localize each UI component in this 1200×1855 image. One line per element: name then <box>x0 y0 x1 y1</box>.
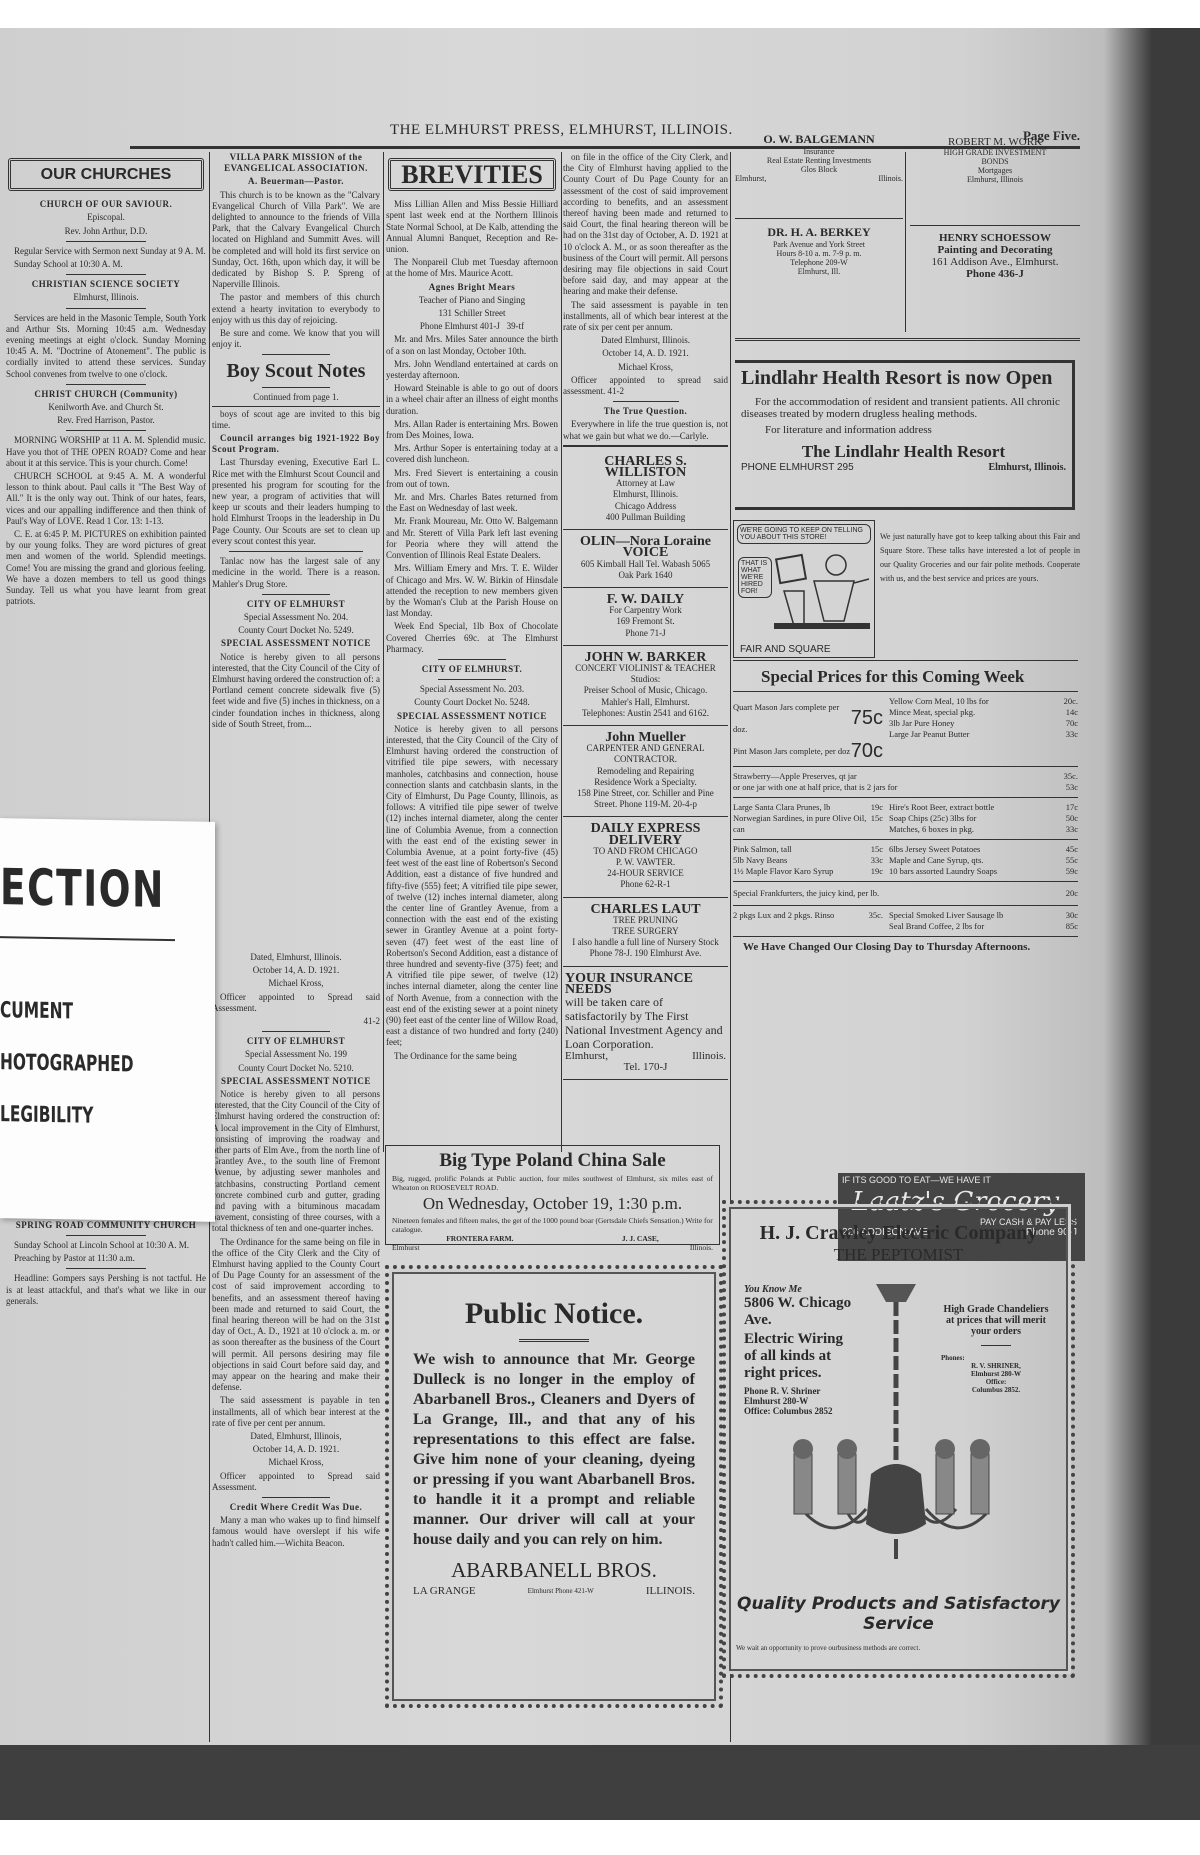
special-prices: Special Prices for this Coming Week Quar… <box>733 660 1078 953</box>
divider <box>262 1031 329 1032</box>
column-mission-scouts: VILLA PARK MISSION of the EVANGELICAL AS… <box>212 152 380 1551</box>
price-item: Quart Mason Jars complete per doz. <box>733 696 851 740</box>
ad-line: P. W. VAWTER. <box>565 857 726 868</box>
price-item: Special Smoked Liver Sausage lb <box>889 910 1003 921</box>
cartoon-speech-top: WE'RE GOING TO KEEP ON TELLING YOU ABOUT… <box>737 524 871 544</box>
divider <box>438 659 507 660</box>
ad-name: John Mueller <box>565 732 726 743</box>
crawley-footer: We wait an opportunity to prove ourbusin… <box>736 1644 1061 1652</box>
divider <box>613 401 679 402</box>
price-value: 17c <box>1066 802 1078 813</box>
lindlahr-phone: PHONE ELMHURST 295 <box>741 462 854 473</box>
notice-code: 41-2 <box>212 1016 380 1027</box>
notice-body: The Ordinance for the same being on file… <box>212 1237 380 1394</box>
public-notice-body: We wish to announce that Mr. George Dull… <box>389 1350 719 1550</box>
price-value: 50c <box>1066 813 1078 824</box>
ad-line: Phone 78-J. 190 Elmhurst Ave. <box>565 948 726 959</box>
price-item: Mince Meat, special pkg. <box>889 707 975 718</box>
specials-group: 2 pkgs Lux and 2 pkgs. Rinso35c. Special… <box>733 906 1078 936</box>
notice-officer: Michael Kross, <box>212 978 380 989</box>
price-row: Mince Meat, special pkg.14c <box>889 707 1078 718</box>
ad-line: 161 Addison Ave., Elmhurst. <box>910 256 1080 268</box>
notice-officer: Michael Kross, <box>212 1457 380 1468</box>
price-item: 5lb Navy Beans <box>733 855 787 866</box>
price-row: Quart Mason Jars complete per doz.75c <box>733 696 883 740</box>
notice-role: Officer appointed to Spread said Assessm… <box>212 992 380 1014</box>
poland-body: Big, rugged, prolific Polands at Public … <box>392 1174 713 1192</box>
ad-line: I also handle a full line of Nursery Sto… <box>565 937 726 948</box>
notice-code: 41-2 <box>608 386 625 396</box>
ad-line: TO AND FROM CHICAGO <box>565 846 726 857</box>
price-row: Norwegian Sardines, in pure Olive Oil, c… <box>733 813 883 835</box>
ad-line: Chicago Address <box>565 501 726 512</box>
agnes-code: 39-tf <box>507 321 525 331</box>
ad-line: Elmhurst, <box>735 174 766 183</box>
overlay-gap <box>6 610 206 850</box>
column-divider <box>383 152 384 1152</box>
notice-city: CITY OF ELMHURST. <box>386 664 558 675</box>
divider <box>66 274 146 275</box>
ad-line: Residence Work a Specialty. <box>565 777 726 788</box>
price-value: 75c <box>851 707 883 729</box>
church-sub: Elmhurst, Illinois. <box>6 292 206 303</box>
scout-notes-title: Boy Scout Notes <box>212 359 380 383</box>
insurance-tel: Tel. 170-J <box>565 1062 726 1073</box>
price-row: Large Jar Peanut Butter33c <box>889 729 1078 740</box>
insurance-city: Elmhurst, <box>565 1051 608 1062</box>
public-notice-city: LA GRANGE <box>413 1585 476 1597</box>
public-notice-firm: ABARBANELL BROS. <box>389 1558 719 1583</box>
overlay-line: HOTOGRAPHED <box>0 1050 133 1077</box>
ad-name: F. W. DAILY <box>565 594 726 605</box>
price-row: Pink Salmon, tall15c <box>733 844 883 855</box>
brevity-item: Mr. and Mrs. Miles Sater announce the bi… <box>386 334 558 356</box>
ad-line: Painting and Decorating <box>910 244 1080 256</box>
brevity-item: Miss Lillian Allen and Miss Bessie Hilli… <box>386 199 558 255</box>
ad-line: Phone 71-J <box>565 628 726 639</box>
agnes-name: Agnes Bright Mears <box>386 282 558 293</box>
ad-name: CHARLES LAUT <box>565 904 726 915</box>
overlay-line: LEGIBILITY <box>0 1102 93 1129</box>
ad-line: Hours 8-10 a. m. 7-9 p. m. <box>735 249 903 258</box>
ad-line: CONCERT VIOLINIST & TEACHER <box>565 663 726 674</box>
price-row: Soap Chips (25c) 3lbs for50c <box>889 813 1078 824</box>
price-value: 19c <box>871 866 883 877</box>
cartoon-label: FAIR AND SQUARE <box>740 644 831 655</box>
lindlahr-title: Lindlahr Health Resort is now Open <box>741 367 1066 390</box>
group3-right: 6lbs Jersey Sweet Potatoes45cMaple and C… <box>889 844 1078 877</box>
mission-name: VILLA PARK MISSION of the EVANGELICAL AS… <box>212 152 380 174</box>
specials-title: Special Prices for this Coming Week <box>733 661 1078 691</box>
notice-city: CITY OF ELMHURST <box>212 599 380 610</box>
credit-title: Credit Where Credit Was Due. <box>212 1502 380 1513</box>
poland-farm: FRONTERA FARM. <box>446 1234 513 1243</box>
classified-ad: DAILY EXPRESS DELIVERYTO AND FROM CHICAG… <box>563 817 728 897</box>
public-notice-phone: Elmhurst Phone 421-W <box>528 1587 594 1595</box>
classified-ad: CHARLES LAUTTREE PRUNINGTREE SURGERYI al… <box>563 898 728 967</box>
headline-quip: Headline: Gompers says Pershing is not t… <box>6 1273 206 1307</box>
church-name: CHURCH OF OUR SAVIOUR. <box>6 199 206 210</box>
ad-line: 605 Kimball Hall Tel. Wabash 5065 <box>565 559 726 570</box>
fair-square-cartoon: WE'RE GOING TO KEEP ON TELLING YOU ABOUT… <box>733 520 875 658</box>
church-pastor: Rev. John Arthur, D.D. <box>6 226 206 237</box>
price-item: Special Frankfurters, the juicy kind, pe… <box>733 888 879 899</box>
church-name: SPRING ROAD COMMUNITY CHURCH <box>6 1220 206 1231</box>
price-row: 5lb Navy Beans33c <box>733 855 883 866</box>
price-item: 10 bars assorted Laundry Soaps <box>889 866 997 877</box>
brevity-item: Mrs. Allan Rader is entertaining Mrs. Bo… <box>386 419 558 441</box>
public-notice-state: ILLINOIS. <box>646 1585 695 1597</box>
ad-public-notice: Public Notice. We wish to announce that … <box>385 1265 723 1708</box>
ad-balgemann: O. W. BALGEMANN Insurance Real Estate Re… <box>735 132 903 183</box>
price-item: 3lb Jar Pure Honey <box>889 718 954 729</box>
price-item: 1½ Maple Flavor Karo Syrup <box>733 866 833 877</box>
price-row: Strawberry—Apple Preserves, qt jar35c. <box>733 771 1078 782</box>
notice-body: The said assessment is payable in ten in… <box>563 300 728 334</box>
ad-line: Telephones: Austin 2541 and 6162. <box>565 708 726 719</box>
poland-body: Nineteen females and fifteen males, the … <box>392 1216 713 1234</box>
lindlahr-body: For the accommodation of resident and tr… <box>741 396 1066 420</box>
insurance-title: YOUR INSURANCE NEEDS <box>565 973 726 995</box>
notice-body: The Ordinance for the same being <box>386 1051 558 1062</box>
classified-ads: CHARLES S. WILLISTONAttorney at LawElmhu… <box>563 450 728 967</box>
mission-body: The pastor and members of this church ex… <box>212 292 380 326</box>
divider <box>66 1268 146 1269</box>
classified-ad: CHARLES S. WILLISTONAttorney at LawElmhu… <box>563 450 728 530</box>
church-body: CHURCH SCHOOL at 9:45 A. M. A wonderful … <box>6 471 206 527</box>
divider <box>563 445 728 447</box>
price-value: 35c. <box>1064 771 1078 782</box>
ad-line: 24-HOUR SERVICE <box>565 868 726 879</box>
ad-poland-china-sale: Big Type Poland China Sale Big, rugged, … <box>385 1145 720 1245</box>
ad-line: Elmhurst, Illinois <box>910 175 1080 184</box>
masthead-title: THE ELMHURST PRESS, ELMHURST, ILLINOIS. <box>390 122 733 139</box>
divider <box>229 551 363 552</box>
ad-line: Telephone 209-W <box>735 258 903 267</box>
divider <box>212 406 380 407</box>
notice-dated: Dated Elmhurst, Illinois. <box>563 335 728 346</box>
ad-line: Elmhurst, Illinois. <box>565 489 726 500</box>
church-line: Sunday School at 10:30 A. M. <box>6 259 206 270</box>
price-row: or one jar with one at half price, that … <box>733 782 1078 793</box>
fair-square-body: We just naturally have got to keep talki… <box>880 532 1080 583</box>
notice-heading: SPECIAL ASSESSMENT NOTICE <box>212 1076 380 1087</box>
ad-name: JOHN W. BARKER <box>565 652 726 663</box>
section-header-our-churches: OUR CHURCHES <box>8 158 204 191</box>
ad-crawley-electric: H. J. Crawley Electric Company THE PEPTO… <box>722 1200 1075 1678</box>
continued-note: Continued from page 1. <box>212 392 380 403</box>
ad-name: CHARLES S. WILLISTON <box>565 456 726 478</box>
cartoon-speech-left: THAT IS WHAT WE'RE HIRED FOR! <box>738 557 772 598</box>
divider <box>66 384 146 385</box>
price-value: 53c <box>1066 782 1078 793</box>
lindlahr-name: The Lindlahr Health Resort <box>741 442 1066 462</box>
ad-line: BONDS <box>910 157 1080 166</box>
price-value: 14c <box>1066 707 1078 718</box>
church-line: Regular Service with Sermon next Sunday … <box>6 246 206 257</box>
notice-body: Notice is hereby given to all persons in… <box>212 652 380 730</box>
price-item: Pink Salmon, tall <box>733 844 792 855</box>
price-item: Maple and Cane Syrup, qts. <box>889 855 983 866</box>
page-margin <box>0 1820 1200 1855</box>
agnes-phone: Phone Elmhurst 401-J <box>420 321 500 331</box>
brevity-item: Mrs. Fred Sievert is entertaining a cous… <box>386 468 558 490</box>
specials-group: Large Santa Clara Prunes, lb19cNorwegian… <box>733 798 1078 839</box>
notice-date: October 14, A. D. 1921. <box>212 965 380 976</box>
price-item: Matches, 6 boxes in pkg. <box>889 824 974 835</box>
price-row: Maple and Cane Syrup, qts.55c <box>889 855 1078 866</box>
grocer-figure-icon <box>774 551 870 631</box>
ad-work: ROBERT M. WORK HIGH GRADE INVESTMENT BON… <box>910 136 1080 184</box>
price-row: 6lbs Jersey Sweet Potatoes45c <box>889 844 1078 855</box>
ad-name: OLIN—Nora Loraine VOICE <box>565 536 726 558</box>
ad-line: Glos Block <box>735 165 903 174</box>
price-item: Hire's Root Beer, extract bottle <box>889 802 994 813</box>
notice-body: Notice is hereby given to all persons in… <box>386 724 558 1049</box>
fair-square-text: We just naturally have got to keep talki… <box>880 530 1080 586</box>
church-body: Services are held in the Masonic Temple,… <box>6 313 206 380</box>
divider <box>262 354 329 355</box>
frankfurters-row: Special Frankfurters, the juicy kind, pe… <box>733 882 1078 905</box>
column-divider <box>561 152 562 1152</box>
ad-line: Elmhurst, Ill. <box>735 267 903 276</box>
price-value: 15c <box>871 844 883 855</box>
quote-body: Everywhere in life the true question is,… <box>563 419 728 441</box>
mission-body: This church is to be known as the "Calva… <box>212 190 380 291</box>
divider <box>262 1497 329 1498</box>
brevity-item: Howard Steinable is able to go out of do… <box>386 383 558 417</box>
group1-list: Yellow Corn Meal, 10 lbs for20c.Mince Me… <box>889 696 1078 762</box>
price-value: 20c <box>1066 888 1078 899</box>
ad-name: HENRY SCHOESSOW <box>910 232 1080 244</box>
price-item: Large Santa Clara Prunes, lb <box>733 802 830 813</box>
closing-day-notice: We Have Changed Our Closing Day to Thurs… <box>733 937 1078 953</box>
overlay-heading: ECTION <box>0 858 165 919</box>
ad-line: 169 Fremont St. <box>565 616 726 627</box>
agnes-role: Teacher of Piano and Singing <box>386 295 558 306</box>
price-value: 33c <box>1066 824 1078 835</box>
divider <box>735 338 1080 341</box>
divider <box>66 1235 146 1236</box>
notice-assessment: Special Assessment No. 203. <box>386 684 558 695</box>
poland-date: On Wednesday, October 19, 1:30 p.m. <box>392 1194 713 1214</box>
ad-line: Phone 436-J <box>910 268 1080 280</box>
ad-line: 400 Pullman Building <box>565 512 726 523</box>
ad-line: Park Avenue and York Street <box>735 240 903 249</box>
ad-line: TREE PRUNING <box>565 915 726 926</box>
price-value: 85c <box>1066 921 1078 932</box>
crawley-subtitle: THE PEPTOMIST <box>726 1245 1071 1265</box>
insurance-state: Illinois. <box>692 1051 726 1062</box>
ad-line: Oak Park 1640 <box>565 570 726 581</box>
agnes-address: 131 Schiller Street <box>386 308 558 319</box>
brevity-item: Mr. and Mrs. Charles Bates returned from… <box>386 492 558 514</box>
price-row: Large Santa Clara Prunes, lb19c <box>733 802 883 813</box>
price-row: 1½ Maple Flavor Karo Syrup19c <box>733 866 883 877</box>
notice-role: Officer appointed to spread said assessm… <box>563 375 728 396</box>
ad-name: DAILY EXPRESS DELIVERY <box>565 823 726 845</box>
group2-right: Hire's Root Beer, extract bottle17cSoap … <box>889 802 1078 835</box>
notice-docket: County Court Docket No. 5210. <box>212 1063 380 1074</box>
brevity-item: Mrs. William Emery and Mrs. T. E. Wilder… <box>386 563 558 619</box>
poland-owner: J. J. CASE, <box>622 1234 659 1243</box>
price-value: 59c <box>1066 866 1078 877</box>
notice-officer: Michael Kross, <box>563 362 728 373</box>
notice-continued <box>212 732 380 952</box>
price-value: 33c <box>1066 729 1078 740</box>
ad-line: Preiser School of Music, Chicago. <box>565 685 726 696</box>
brevity-item: Mrs. Arthur Soper is entertaining today … <box>386 443 558 465</box>
group2-left: Large Santa Clara Prunes, lb19cNorwegian… <box>733 802 883 835</box>
laatz-tagline: IF ITS GOOD TO EAT—WE HAVE IT <box>838 1173 1085 1187</box>
divider <box>519 1339 589 1342</box>
church-body: C. E. at 6:45 P. M. PICTURES on exhibiti… <box>6 529 206 607</box>
brevity-item: Week End Special, 1lb Box of Chocolate C… <box>386 621 558 655</box>
mission-pastor: A. Beuerman—Pastor. <box>212 176 380 187</box>
tanlac-notice: Tanlac now has the largest sale of any m… <box>212 556 380 590</box>
section-header-brevities: BREVITIES <box>388 158 556 191</box>
price-item: Yellow Corn Meal, 10 lbs for <box>889 696 989 707</box>
price-row: 10 bars assorted Laundry Soaps59c <box>889 866 1078 877</box>
group4-right: Special Smoked Liver Sausage lb30cSeal B… <box>889 910 1078 932</box>
price-value: 20c. <box>1064 696 1078 707</box>
crawley-slogan: Quality Products and Satisfactory Servic… <box>726 1594 1071 1634</box>
poland-state: Illinois. <box>690 1243 713 1252</box>
notice-role: Officer appointed to Spread said Assessm… <box>212 1471 380 1493</box>
church-name: CHRIST CHURCH (Community) <box>6 389 206 400</box>
ad-line: TREE SURGERY <box>565 926 726 937</box>
ad-line: Studios: <box>565 674 726 685</box>
ad-line: Mortgages <box>910 166 1080 175</box>
price-item: or one jar with one at half price, that … <box>733 782 898 793</box>
brevity-item: Mr. Frank Moureau, Mr. Otto W. Balgemann… <box>386 516 558 561</box>
notice-dated: Dated, Elmhurst, Illinois, <box>212 1431 380 1442</box>
price-row: Pint Mason Jars complete, per doz70c <box>733 740 883 762</box>
newspaper-page: THE ELMHURST PRESS, ELMHURST, ILLINOIS. … <box>0 100 1100 1750</box>
ad-line: Illinois. <box>878 174 903 183</box>
price-row: Matches, 6 boxes in pkg.33c <box>889 824 1078 835</box>
notice-heading: SPECIAL ASSESSMENT NOTICE <box>386 711 558 722</box>
group3-left: Pink Salmon, tall15c5lb Navy Beans33c1½ … <box>733 844 883 877</box>
church-line: Preaching by Pastor at 11:30 a.m. <box>6 1253 206 1264</box>
price-row: Seal Brand Coffee, 2 lbs for85c <box>889 921 1078 932</box>
chandelier-icon <box>766 1284 1026 1584</box>
divider <box>66 430 146 431</box>
price-value: 19c <box>871 802 883 813</box>
specials-group: Quart Mason Jars complete per doz.75cPin… <box>733 692 1078 766</box>
microfilm-notice-overlay: ECTION CUMENT HOTOGRAPHED LEGIBILITY <box>0 818 215 1222</box>
notice-docket: County Court Docket No. 5249. <box>212 625 380 636</box>
preserves-list: Strawberry—Apple Preserves, qt jar35c.or… <box>733 767 1078 797</box>
price-value: 45c <box>1066 844 1078 855</box>
ad-line: CARPENTER AND GENERAL CONTRACTOR. <box>565 743 726 765</box>
ad-line: Phone 62-R-1 <box>565 879 726 890</box>
ad-name: DR. H. A. BERKEY <box>735 225 903 240</box>
specials-group: Pink Salmon, tall15c5lb Navy Beans33c1½ … <box>733 840 1078 881</box>
card-divider <box>905 152 906 332</box>
credit-body: Many a man who wakes up to find himself … <box>212 1515 380 1549</box>
notice-dated: Dated, Elmhurst, Illinois. <box>212 952 380 963</box>
price-item: 6lbs Jersey Sweet Potatoes <box>889 844 980 855</box>
jars-list: Quart Mason Jars complete per doz.75cPin… <box>733 696 883 762</box>
price-value: 30c <box>1066 910 1078 921</box>
notice-assessment: Special Assessment No. 204. <box>212 612 380 623</box>
classified-ad: F. W. DAILYFor Carpentry Work169 Fremont… <box>563 588 728 646</box>
notice-docket: County Court Docket No. 5248. <box>386 697 558 708</box>
divider <box>66 241 146 242</box>
ad-name: O. W. BALGEMANN <box>735 132 903 147</box>
notice-body: Notice is hereby given to all persons in… <box>212 1089 380 1235</box>
scout-body: Last Thursday evening, Executive Earl L.… <box>212 457 380 547</box>
price-value: 70c <box>851 740 883 762</box>
price-item: Seal Brand Coffee, 2 lbs for <box>889 921 984 932</box>
price-value: 15c <box>871 813 883 835</box>
column-brevities: BREVITIES Miss Lillian Allen and Miss Be… <box>386 152 558 1064</box>
insurance-body: will be taken care of satisfactorily by … <box>565 995 726 1051</box>
notice-city: CITY OF ELMHURST <box>212 1036 380 1047</box>
ad-name: ROBERT M. WORK <box>910 136 1080 148</box>
price-row: Special Smoked Liver Sausage lb30c <box>889 910 1078 921</box>
notice-heading: SPECIAL ASSESSMENT NOTICE <box>212 638 380 649</box>
poland-title: Big Type Poland China Sale <box>392 1150 713 1172</box>
divider <box>262 387 329 388</box>
church-sub: Kenilworth Ave. and Church St. <box>6 402 206 413</box>
ad-line: Insurance <box>735 147 903 156</box>
ad-line: 158 Pine Street, cor. Schiller and Pine … <box>565 788 726 810</box>
price-item: Pint Mason Jars complete, per doz <box>733 740 850 762</box>
notice-body: The said assessment is payable in ten in… <box>212 1395 380 1429</box>
ad-line: Attorney at Law <box>565 478 726 489</box>
church-line: Sunday School at Lincoln School at 10:30… <box>6 1240 206 1251</box>
price-item: 2 pkgs Lux and 2 pkgs. Rinso <box>733 910 834 932</box>
price-item: Norwegian Sardines, in pure Olive Oil, c… <box>733 813 871 835</box>
price-value: 55c <box>1066 855 1078 866</box>
price-row: 3lb Jar Pure Honey70c <box>889 718 1078 729</box>
divider <box>262 594 329 595</box>
insurance-ad: YOUR INSURANCE NEEDS will be taken care … <box>563 967 728 1081</box>
quote-title: The True Question. <box>563 406 728 417</box>
ad-berkey: DR. H. A. BERKEY Park Avenue and York St… <box>735 218 903 276</box>
church-body: MORNING WORSHIP at 11 A. M. Splendid mus… <box>6 435 206 469</box>
ad-line: For Carpentry Work <box>565 605 726 616</box>
lindlahr-info: For literature and information address <box>765 424 1066 436</box>
price-item: Large Jar Peanut Butter <box>889 729 969 740</box>
ad-line: Real Estate Renting Investments <box>735 156 903 165</box>
notice-body: on file in the office of the City Clerk,… <box>563 152 728 298</box>
classified-ad: OLIN—Nora Loraine VOICE605 Kimball Hall … <box>563 530 728 588</box>
ad-line: Mahler's Hall, Elmhurst. <box>565 697 726 708</box>
brevity-item: Mrs. John Wendland entertained at cards … <box>386 359 558 381</box>
notice-assessment: Special Assessment No. 199 <box>212 1049 380 1060</box>
church-name: CHRISTIAN SCIENCE SOCIETY <box>6 279 206 290</box>
classified-ad: JOHN W. BARKERCONCERT VIOLINIST & TEACHE… <box>563 646 728 726</box>
column-ads: on file in the office of the City Clerk,… <box>563 152 728 1080</box>
price-row: Hire's Root Beer, extract bottle17c <box>889 802 1078 813</box>
crawley-title: H. J. Crawley Electric Company <box>726 1222 1071 1245</box>
scout-body: boys of scout age are invited to this bi… <box>212 409 380 431</box>
ad-line: HIGH GRADE INVESTMENT <box>910 148 1080 157</box>
price-row: Yellow Corn Meal, 10 lbs for20c. <box>889 696 1078 707</box>
divider <box>66 308 146 309</box>
price-value: 70c <box>1066 718 1078 729</box>
price-item: Strawberry—Apple Preserves, qt jar <box>733 771 857 782</box>
ad-lindlahr: Lindlahr Health Resort is now Open For t… <box>735 360 1075 510</box>
price-item: Soap Chips (25c) 3lbs for <box>889 813 976 824</box>
ad-schoessow: HENRY SCHOESSOW Painting and Decorating … <box>910 225 1080 280</box>
church-sub: Episcopal. <box>6 212 206 223</box>
divider <box>438 679 507 680</box>
brevity-item: The Nonpareil Club met Tuesday afternoon… <box>386 257 558 279</box>
